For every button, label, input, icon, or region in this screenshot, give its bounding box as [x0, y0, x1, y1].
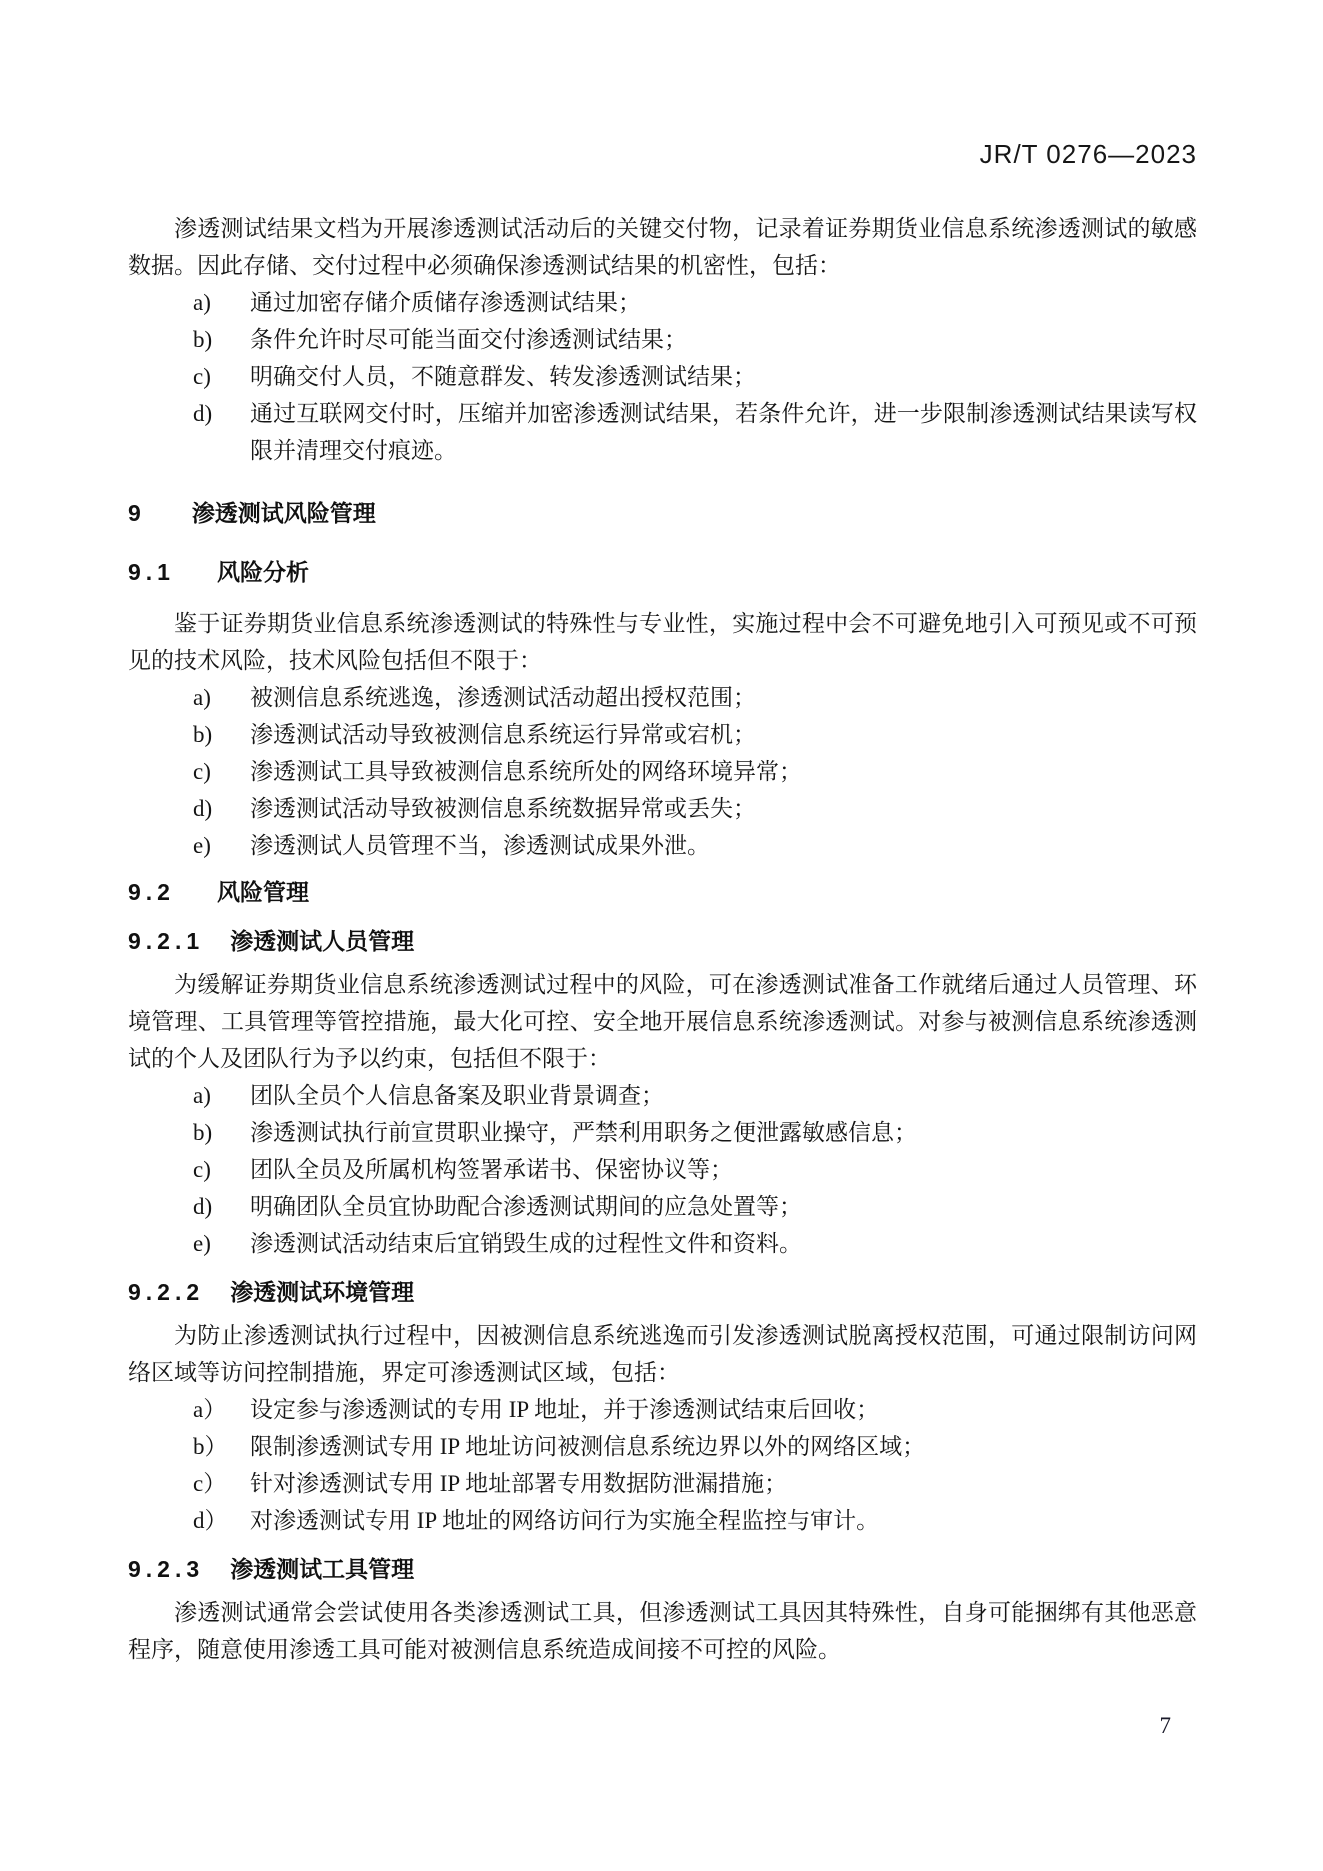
- list-item-marker: b): [193, 321, 250, 358]
- heading-section-9-2-3: 9.2.3 渗透测试工具管理: [128, 1551, 1197, 1588]
- heading-number: 9.2.3: [128, 1551, 204, 1588]
- list-item-text: 渗透测试活动导致被测信息系统运行异常或宕机；: [250, 716, 1197, 753]
- list-item-marker: e): [193, 1225, 250, 1262]
- list-item-text: 通过加密存储介质储存渗透测试结果；: [250, 284, 1197, 321]
- list-environment: a） 设定参与渗透测试的专用 IP 地址，并于渗透测试结束后回收； b） 限制渗…: [128, 1391, 1197, 1539]
- list-item-marker: d): [193, 395, 250, 469]
- list-item-text: 对渗透测试专用 IP 地址的网络访问行为实施全程监控与审计。: [250, 1502, 1197, 1539]
- list-item: d) 渗透测试活动导致被测信息系统数据异常或丢失；: [128, 790, 1197, 827]
- list-item-marker: b): [193, 716, 250, 753]
- list-item: c） 针对渗透测试专用 IP 地址部署专用数据防泄漏措施；: [128, 1465, 1197, 1502]
- list-item-text: 设定参与渗透测试的专用 IP 地址，并于渗透测试结束后回收；: [250, 1391, 1197, 1428]
- list-delivery: a) 通过加密存储介质储存渗透测试结果； b) 条件允许时尽可能当面交付渗透测试…: [128, 284, 1197, 469]
- heading-title: 渗透测试环境管理: [230, 1274, 414, 1311]
- list-item-marker: d): [193, 790, 250, 827]
- document-page: JR/T 0276—2023 渗透测试结果文档为开展渗透测试活动后的关键交付物，…: [0, 0, 1323, 1871]
- page-number: 7: [1160, 1712, 1172, 1740]
- list-item: a) 被测信息系统逃逸，渗透测试活动超出授权范围；: [128, 679, 1197, 716]
- list-item: c) 渗透测试工具导致被测信息系统所处的网络环境异常；: [128, 753, 1197, 790]
- heading-section-9-2-2: 9.2.2 渗透测试环境管理: [128, 1274, 1197, 1311]
- heading-number: 9: [128, 495, 146, 532]
- list-item: b) 渗透测试活动导致被测信息系统运行异常或宕机；: [128, 716, 1197, 753]
- paragraph-personnel-intro: 为缓解证券期货业信息系统渗透测试过程中的风险，可在渗透测试准备工作就绪后通过人员…: [128, 966, 1197, 1077]
- paragraph-delivery-intro: 渗透测试结果文档为开展渗透测试活动后的关键交付物，记录着证券期货业信息系统渗透测…: [128, 210, 1197, 284]
- list-item: a) 通过加密存储介质储存渗透测试结果；: [128, 284, 1197, 321]
- standard-number: JR/T 0276—2023: [0, 0, 1323, 168]
- heading-number: 9.2.1: [128, 923, 204, 960]
- list-item: e) 渗透测试活动结束后宜销毁生成的过程性文件和资料。: [128, 1225, 1197, 1262]
- list-item: d) 明确团队全员宜协助配合渗透测试期间的应急处置等；: [128, 1188, 1197, 1225]
- paragraph-tools-intro: 渗透测试通常会尝试使用各类渗透测试工具，但渗透测试工具因其特殊性，自身可能捆绑有…: [128, 1594, 1197, 1668]
- list-item-marker: d）: [193, 1502, 250, 1539]
- list-item-marker: c): [193, 358, 250, 395]
- heading-title: 渗透测试风险管理: [192, 495, 376, 532]
- list-item-text: 条件允许时尽可能当面交付渗透测试结果；: [250, 321, 1197, 358]
- heading-title: 渗透测试工具管理: [230, 1551, 414, 1588]
- list-item-marker: c): [193, 753, 250, 790]
- list-item: b) 渗透测试执行前宣贯职业操守，严禁利用职务之便泄露敏感信息；: [128, 1114, 1197, 1151]
- list-item-marker: e): [193, 827, 250, 864]
- list-item: a) 团队全员个人信息备案及职业背景调查；: [128, 1077, 1197, 1114]
- heading-section-9-2-1: 9.2.1 渗透测试人员管理: [128, 923, 1197, 960]
- heading-section-9: 9 渗透测试风险管理: [128, 495, 1197, 532]
- heading-number: 9.1: [128, 554, 175, 591]
- list-item-marker: b): [193, 1114, 250, 1151]
- list-risk-analysis: a) 被测信息系统逃逸，渗透测试活动超出授权范围； b) 渗透测试活动导致被测信…: [128, 679, 1197, 864]
- paragraph-environment-intro: 为防止渗透测试执行过程中，因被测信息系统逃逸而引发渗透测试脱离授权范围，可通过限…: [128, 1317, 1197, 1391]
- list-item-text: 团队全员及所属机构签署承诺书、保密协议等；: [250, 1151, 1197, 1188]
- page-content: 渗透测试结果文档为开展渗透测试活动后的关键交付物，记录着证券期货业信息系统渗透测…: [0, 210, 1323, 1668]
- list-item-marker: a）: [193, 1391, 250, 1428]
- list-item-text: 被测信息系统逃逸，渗透测试活动超出授权范围；: [250, 679, 1197, 716]
- list-item-text: 通过互联网交付时，压缩并加密渗透测试结果，若条件允许，进一步限制渗透测试结果读写…: [250, 395, 1197, 469]
- list-item-text: 针对渗透测试专用 IP 地址部署专用数据防泄漏措施；: [250, 1465, 1197, 1502]
- list-item-text: 渗透测试执行前宣贯职业操守，严禁利用职务之便泄露敏感信息；: [250, 1114, 1197, 1151]
- paragraph-risk-analysis-intro: 鉴于证券期货业信息系统渗透测试的特殊性与专业性，实施过程中会不可避免地引入可预见…: [128, 605, 1197, 679]
- heading-title: 风险管理: [217, 874, 309, 911]
- list-item: d） 对渗透测试专用 IP 地址的网络访问行为实施全程监控与审计。: [128, 1502, 1197, 1539]
- list-item-text: 团队全员个人信息备案及职业背景调查；: [250, 1077, 1197, 1114]
- heading-section-9-2: 9.2 风险管理: [128, 874, 1197, 911]
- list-item: c) 明确交付人员，不随意群发、转发渗透测试结果；: [128, 358, 1197, 395]
- list-item-text: 渗透测试活动结束后宜销毁生成的过程性文件和资料。: [250, 1225, 1197, 1262]
- heading-section-9-1: 9.1 风险分析: [128, 554, 1197, 591]
- list-item: b） 限制渗透测试专用 IP 地址访问被测信息系统边界以外的网络区域；: [128, 1428, 1197, 1465]
- list-item-marker: a): [193, 1077, 250, 1114]
- list-item: d) 通过互联网交付时，压缩并加密渗透测试结果，若条件允许，进一步限制渗透测试结…: [128, 395, 1197, 469]
- list-item: c) 团队全员及所属机构签署承诺书、保密协议等；: [128, 1151, 1197, 1188]
- list-item-marker: b）: [193, 1428, 250, 1465]
- list-item-text: 渗透测试活动导致被测信息系统数据异常或丢失；: [250, 790, 1197, 827]
- list-personnel: a) 团队全员个人信息备案及职业背景调查； b) 渗透测试执行前宣贯职业操守，严…: [128, 1077, 1197, 1262]
- list-item-text: 限制渗透测试专用 IP 地址访问被测信息系统边界以外的网络区域；: [250, 1428, 1197, 1465]
- heading-number: 9.2.2: [128, 1274, 204, 1311]
- list-item-text: 渗透测试工具导致被测信息系统所处的网络环境异常；: [250, 753, 1197, 790]
- heading-number: 9.2: [128, 874, 175, 911]
- list-item-marker: a): [193, 284, 250, 321]
- list-item-marker: a): [193, 679, 250, 716]
- list-item-text: 渗透测试人员管理不当，渗透测试成果外泄。: [250, 827, 1197, 864]
- heading-title: 渗透测试人员管理: [230, 923, 414, 960]
- list-item: e) 渗透测试人员管理不当，渗透测试成果外泄。: [128, 827, 1197, 864]
- list-item: b) 条件允许时尽可能当面交付渗透测试结果；: [128, 321, 1197, 358]
- list-item-text: 明确交付人员，不随意群发、转发渗透测试结果；: [250, 358, 1197, 395]
- list-item: a） 设定参与渗透测试的专用 IP 地址，并于渗透测试结束后回收；: [128, 1391, 1197, 1428]
- list-item-text: 明确团队全员宜协助配合渗透测试期间的应急处置等；: [250, 1188, 1197, 1225]
- list-item-marker: c): [193, 1151, 250, 1188]
- list-item-marker: c）: [193, 1465, 250, 1502]
- heading-title: 风险分析: [217, 554, 309, 591]
- list-item-marker: d): [193, 1188, 250, 1225]
